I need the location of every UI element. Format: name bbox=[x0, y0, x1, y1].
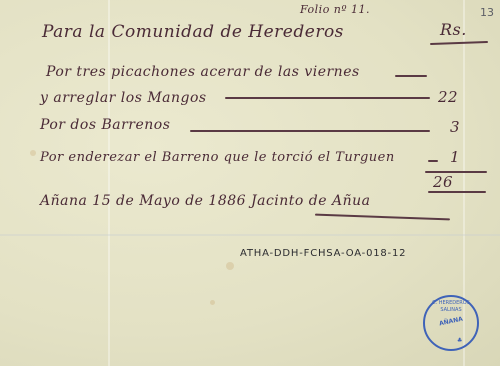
item-1-description-cont: y arreglar los Mangos bbox=[40, 90, 207, 106]
total-underline bbox=[428, 191, 486, 193]
item-1-dash bbox=[395, 75, 427, 77]
page-number: 13 bbox=[480, 6, 494, 19]
total-amount: 26 bbox=[433, 173, 453, 191]
item-3-amount: 1 bbox=[450, 148, 460, 166]
paper-stain bbox=[30, 150, 36, 156]
item-2-leader bbox=[190, 130, 430, 132]
signature-line: Añana 15 de Mayo de 1886 Jacinto de Añua bbox=[40, 193, 370, 209]
paper-fold bbox=[0, 234, 500, 236]
paper-stain bbox=[210, 300, 215, 305]
item-3-dash bbox=[428, 160, 438, 162]
item-2-amount: 3 bbox=[450, 118, 460, 136]
document-title: Para la Comunidad de Herederos bbox=[42, 22, 344, 42]
item-1-description: Por tres picachones acerar de las vierne… bbox=[46, 64, 360, 80]
stamp-mark-icon: ♣ bbox=[457, 337, 462, 344]
archive-reference: ATHA-DDH-FCHSA-OA-018-12 bbox=[240, 248, 406, 259]
paper-stain bbox=[226, 262, 234, 270]
archive-stamp: C. HEREDEROS SALINAS AÑANA ♣ bbox=[423, 295, 479, 351]
item-1-leader bbox=[225, 97, 430, 99]
item-2-description: Por dos Barrenos bbox=[40, 117, 170, 133]
paper-fold bbox=[108, 0, 110, 366]
currency-header: Rs. bbox=[440, 20, 467, 39]
item-3-description: Por enderezar el Barreno que le torció e… bbox=[40, 150, 395, 165]
item-1-amount: 22 bbox=[438, 88, 458, 106]
folio-note: Folio nº 11. bbox=[300, 3, 370, 16]
